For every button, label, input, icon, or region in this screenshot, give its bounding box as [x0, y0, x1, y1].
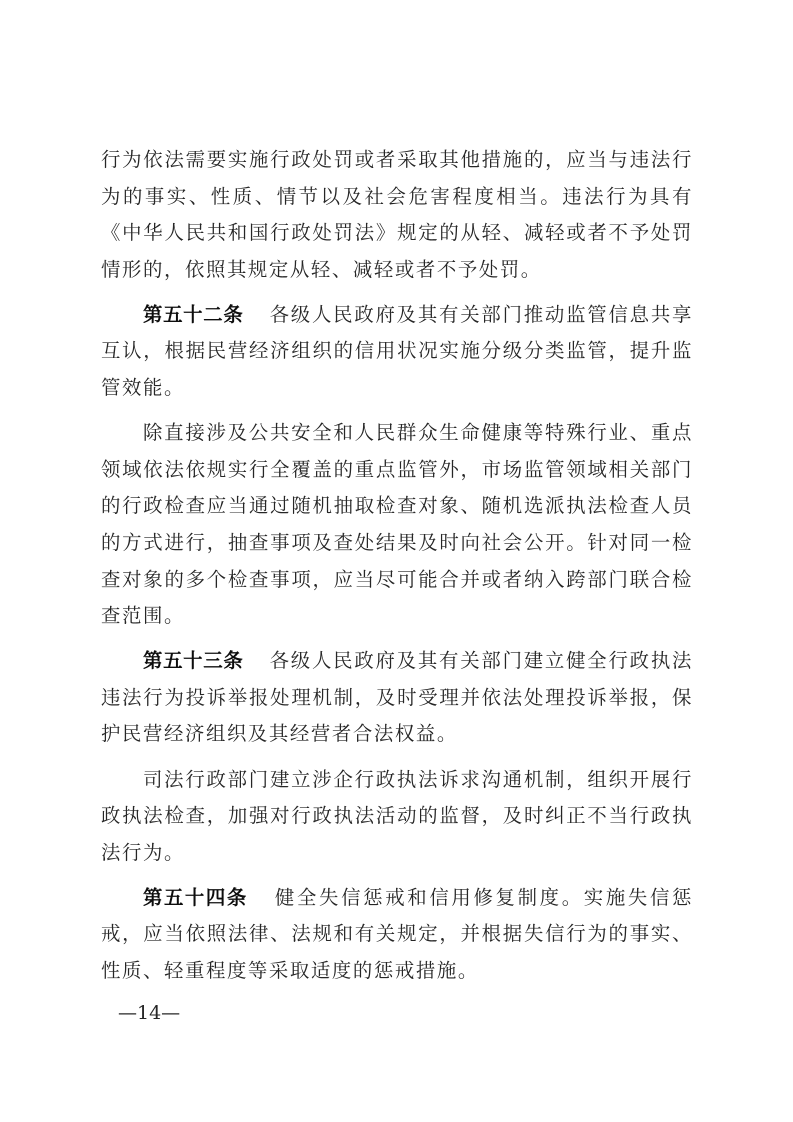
paragraph-body: 司法行政部门建立涉企行政执法诉求沟通机制，组织开展行政执法检查，加强对行政执法活… [101, 762, 693, 872]
article-54: 第五十四条健全失信惩戒和信用修复制度。实施失信惩戒，应当依照法律、法规和有关规定… [101, 880, 693, 990]
page-number: —14— [118, 1000, 180, 1026]
paragraph-text: 行为依法需要实施行政处罚或者采取其他措施的，应当与违法行为的事实、性质、情节以及… [101, 148, 693, 281]
document-page: 行为依法需要实施行政处罚或者采取其他措施的，应当与违法行为的事实、性质、情节以及… [101, 142, 693, 998]
article-number: 第五十四条 [143, 886, 248, 909]
paragraph-text: 除直接涉及公共安全和人民群众生命健康等特殊行业、重点领域依法依规实行全覆盖的重点… [101, 421, 693, 627]
article-number: 第五十二条 [143, 303, 243, 326]
paragraph-body: 除直接涉及公共安全和人民群众生命健康等特殊行业、重点领域依法依规实行全覆盖的重点… [101, 415, 693, 635]
paragraph-continuation: 行为依法需要实施行政处罚或者采取其他措施的，应当与违法行为的事实、性质、情节以及… [101, 142, 693, 288]
article-53: 第五十三条各级人民政府及其有关部门建立健全行政执法违法行为投诉举报处理机制，及时… [101, 643, 693, 753]
paragraph-text: 司法行政部门建立涉企行政执法诉求沟通机制，组织开展行政执法检查，加强对行政执法活… [101, 768, 693, 864]
article-52: 第五十二条各级人民政府及其有关部门推动监管信息共享互认，根据民营经济组织的信用状… [101, 297, 693, 407]
article-number: 第五十三条 [143, 649, 243, 672]
